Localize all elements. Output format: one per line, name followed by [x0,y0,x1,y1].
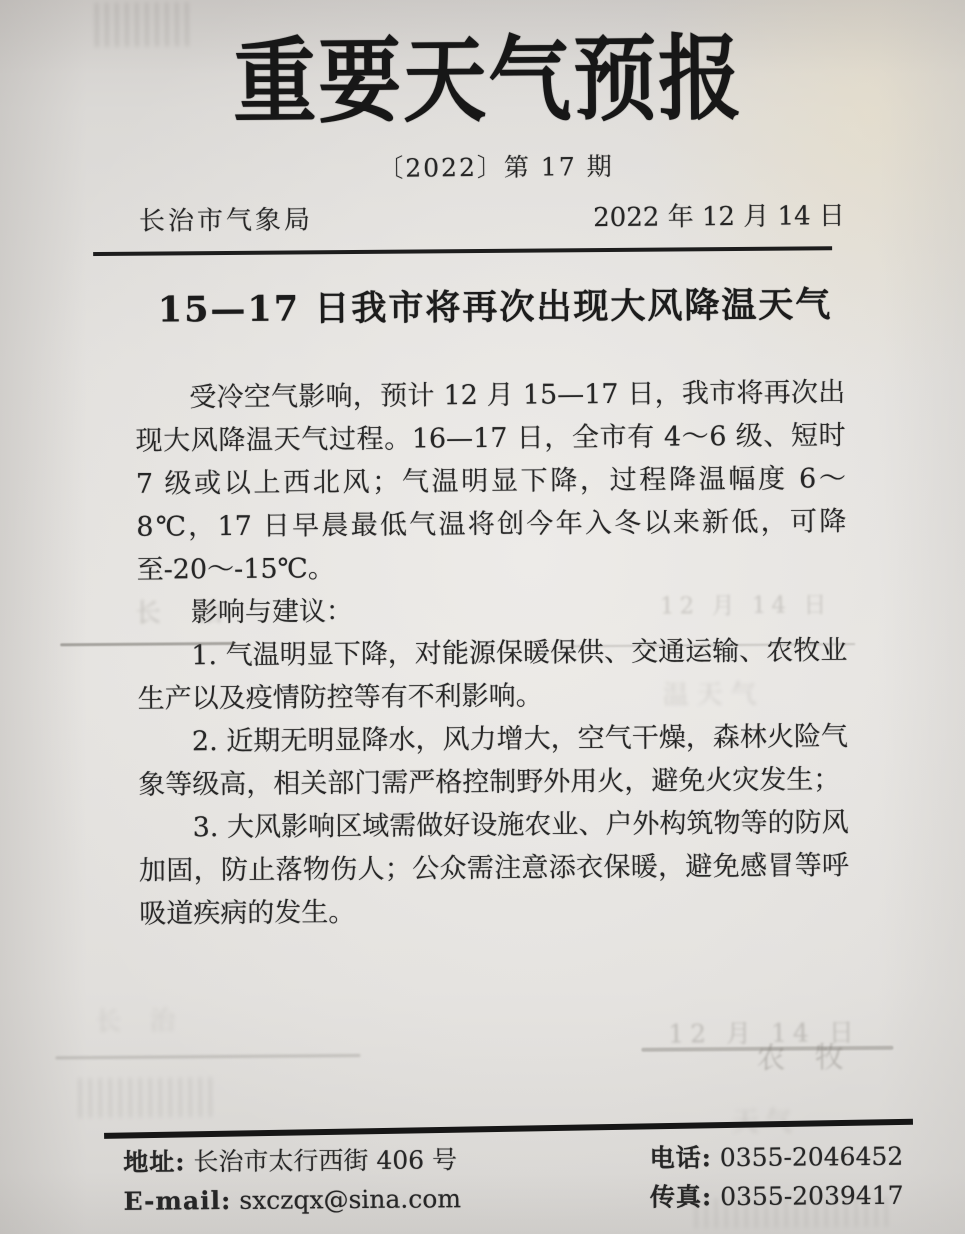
forecast-headline: 15—17 日我市将再次出现大风降温天气 [157,283,832,332]
bleedthrough-text: 长 治 [95,1000,186,1038]
scan-smudge [79,1077,219,1118]
scanned-document-page: 长 治 12 月 14 日 温天气 12 月 14 日 农 牧 天气 长 治 重… [0,0,965,1234]
footer-left-column: 地址: 长治市太行西街 406 号 E-mail: sxczqx@sina.co… [123,1140,461,1221]
issue-date: 2022 年 12 月 14 日 [593,199,845,235]
bleedthrough-text: 12 月 14 日 [668,1013,860,1051]
issue-number: 〔2022〕第 17 期 [30,148,961,187]
phone-line: 电话: 0355-2046452 [649,1137,903,1178]
footer-right-column: 电话: 0355-2046452 传真: 0355-2039417 [649,1137,903,1217]
section-heading: 影响与建议： [137,586,847,635]
email-value: sxczqx@sina.com [239,1184,461,1215]
bleedthrough-text: 农 牧 [756,1035,854,1077]
advice-item-3: 3. 大风影响区域需做好设施农业、户外构筑物等的防风加固，防止落物伤人；公众需注… [138,801,849,936]
intro-paragraph: 受冷空气影响，预计 12 月 15—17 日，我市将再次出现大风降温天气过程。1… [135,371,847,592]
header-divider [93,246,832,256]
advice-item-1: 1. 气温明显下降，对能源保暖保供、交通运输、农牧业生产以及疫情防控等有不利影响… [137,629,848,721]
fax-label: 传真: [650,1182,712,1211]
email-label: E-mail: [123,1186,231,1216]
document-content: 长 治 12 月 14 日 温天气 12 月 14 日 农 牧 天气 长 治 重… [0,0,965,1234]
footer: 地址: 长治市太行西街 406 号 E-mail: sxczqx@sina.co… [123,1137,904,1221]
address-label: 地址: [123,1147,185,1176]
fax-value: 0355-2039417 [720,1181,904,1211]
meta-row: 长治市气象局 2022 年 12 月 14 日 [139,199,845,239]
document-title: 重要天气预报 [15,20,961,139]
issuing-agency: 长治市气象局 [139,203,313,238]
scan-artifact-line [55,1054,360,1059]
footer-divider [104,1119,913,1139]
bleedthrough-text: 天气 [732,1100,798,1140]
address-value: 长治市太行西街 406 号 [193,1145,457,1176]
phone-label: 电话: [650,1143,712,1172]
phone-value: 0355-2046452 [720,1142,904,1172]
advice-item-2: 2. 近期无明显降水，风力增大，空气干燥，森林火险气象等级高，相关部门需严格控制… [138,715,849,807]
email-line: E-mail: sxczqx@sina.com [123,1179,461,1221]
address-line: 地址: 长治市太行西街 406 号 [123,1140,461,1182]
document-body: 受冷空气影响，预计 12 月 15—17 日，我市将再次出现大风降温天气过程。1… [135,371,849,936]
fax-line: 传真: 0355-2039417 [650,1176,904,1217]
scan-artifact-line [641,1046,893,1052]
